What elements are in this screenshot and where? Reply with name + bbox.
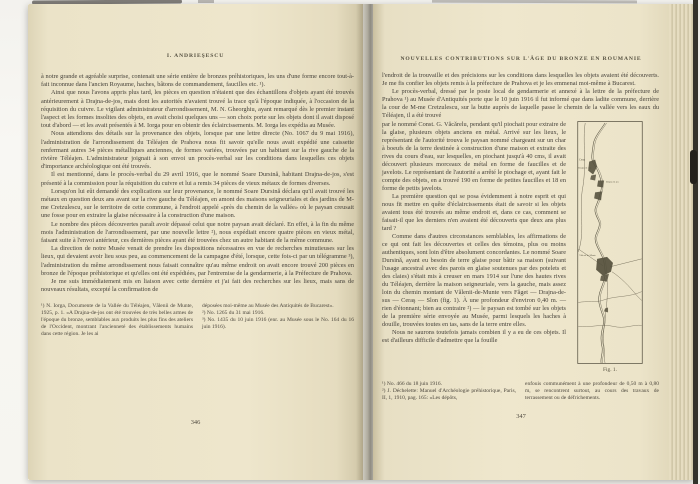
book-cover-edge: [693, 0, 698, 484]
teleajen-valley-map: Ceraş Drajna de sus Drajna de jos Văleni…: [577, 121, 643, 364]
paragraph: à notre grande et agréable surprise, con…: [41, 73, 354, 89]
scan-artifact: [690, 150, 697, 184]
page-number-left: 346: [28, 419, 363, 426]
body-text-left: à notre grande et agréable surprise, con…: [28, 59, 363, 294]
paragraph: par le nommé Const. G. Văcărelu, pendant…: [382, 121, 566, 193]
paragraph: Nous attendions des détails sur la prove…: [41, 130, 354, 171]
scan-artifact: [198, 0, 214, 3]
running-head-right: NOUVELLES CONTRIBUTIONS SUR L'ÂGE DU BRO…: [373, 4, 669, 62]
page-edges: [669, 4, 694, 480]
map-label: Ceraş: [579, 159, 585, 162]
footnote: enfouis communément à une profondeur de …: [525, 381, 659, 402]
paragraph: Nous ne saurons toutefois jamais combien…: [382, 329, 566, 345]
page-left: I. ANDRIEŞESCU à notre grande et agréabl…: [28, 4, 363, 480]
page-right: NOUVELLES CONTRIBUTIONS SUR L'ÂGE DU BRO…: [373, 4, 669, 480]
running-head-left: I. ANDRIEŞESCU: [28, 4, 363, 59]
book: I. ANDRIEŞESCU à notre grande et agréabl…: [28, 4, 694, 480]
paragraph: l'endroit de la trouvaille et des précis…: [382, 72, 659, 88]
scan-artifact: [432, 0, 637, 3]
map-figure: Ceraş Drajna de sus Drajna de jos Văleni…: [577, 121, 643, 364]
map-label: Drajna de sus: [578, 167, 591, 170]
figure-1: Ceraş Drajna de sus Drajna de jos Văleni…: [566, 121, 659, 374]
footnotes-left: ¹) N. Iorga, Documente de la Vallée du T…: [28, 294, 363, 338]
paragraph: Le procès-verbal, dressé par le poste lo…: [382, 88, 659, 120]
paragraph: Ainsi que nous l'avons appris plus tard,…: [41, 89, 354, 130]
map-label: Drajna de jos: [606, 180, 619, 183]
map-label: Vălenii de Munte: [579, 254, 596, 257]
paragraph: Lorsqu'on lui eût demandé des explicatio…: [41, 188, 354, 221]
paragraph: La première question qui se posa évidemm…: [382, 193, 566, 233]
paragraph: La direction de notre Musée venait de pr…: [41, 245, 354, 278]
footnote: ³) No. 1435 du 10 juin 1916 (enr. au Mus…: [202, 317, 354, 331]
footnote: ²) J. Déchelette: Manuel d'Archéologie p…: [382, 388, 516, 402]
paragraph: Il est mentionné, dans le procès-verbal …: [41, 171, 354, 187]
page-number-right: 347: [373, 413, 669, 420]
footnote: ¹) No. 466 du 18 juin 1916.: [382, 381, 516, 388]
paragraph: Je me suis immédiatement mis en liaison …: [41, 278, 354, 294]
paragraph: Le nombre des pièces découvertes paraît …: [41, 221, 354, 246]
body-text-right: l'endroit de la trouvaille et des précis…: [373, 62, 669, 374]
figure-caption: Fig. 1.: [577, 366, 643, 374]
footnote: ¹) N. Iorga, Documente de la Vallée du T…: [41, 303, 193, 338]
footnotes-right: ¹) No. 466 du 18 juin 1916. ²) J. Déchel…: [373, 374, 669, 402]
paragraph: Comme dans d'autres circonstances sembla…: [382, 233, 566, 329]
scanned-book-spread: I. ANDRIEŞESCU à notre grande et agréabl…: [0, 0, 700, 484]
narrow-text-column: par le nommé Const. G. Văcărelu, pendant…: [382, 121, 566, 374]
